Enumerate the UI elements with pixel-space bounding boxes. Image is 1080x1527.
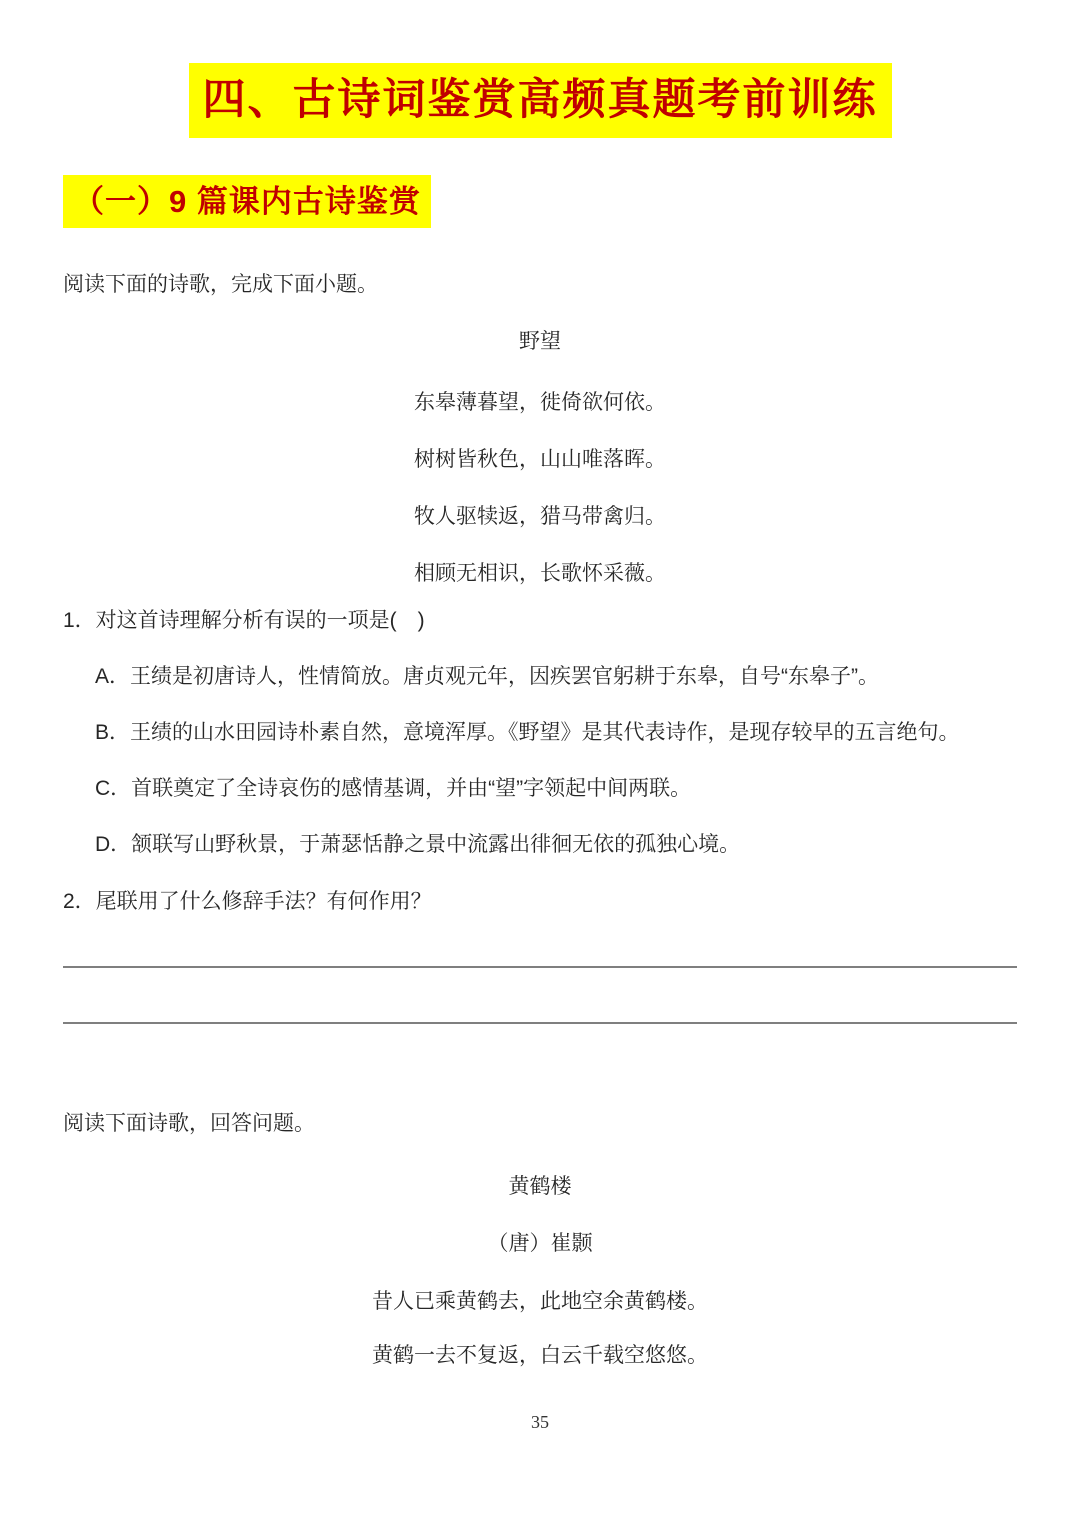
- title-banner-row: 四、古诗词鉴赏高频真题考前训练: [0, 0, 1080, 138]
- question-1: 1．对这首诗理解分析有误的一项是( ): [63, 607, 1017, 635]
- poem1-line: 树树皆秋色，山山唯落晖。: [63, 446, 1017, 474]
- page-content: （一）9 篇课内古诗鉴赏 阅读下面的诗歌，完成下面小题。 野望 东皋薄暮望，徙倚…: [0, 175, 1080, 1436]
- poem1-title: 野望: [63, 328, 1017, 356]
- chapter-title: 四、古诗词鉴赏高频真题考前训练: [189, 63, 892, 138]
- question-1-option-d: D．颔联写山野秋景，于萧瑟恬静之景中流露出徘徊无依的孤独心境。: [63, 831, 1017, 859]
- poem2-author: （唐）崔颢: [63, 1230, 1017, 1258]
- exercise2-instructions: 阅读下面诗歌，回答问题。: [63, 1110, 1017, 1138]
- question-1-option-c: C．首联奠定了全诗哀伤的感情基调，并由“望”字领起中间两联。: [63, 775, 1017, 803]
- page-number: 35: [63, 1408, 1017, 1436]
- poem2-line: 黄鹤一去不复返，白云千载空悠悠。: [63, 1342, 1017, 1370]
- poem2-line: 昔人已乘黄鹤去，此地空余黄鹤楼。: [63, 1288, 1017, 1316]
- answer-blank-line: [63, 1022, 1017, 1024]
- question-1-option-a: A．王绩是初唐诗人，性情简放。唐贞观元年，因疾罢官躬耕于东皋，自号“东皋子”。: [63, 663, 1017, 691]
- section-heading: （一）9 篇课内古诗鉴赏: [63, 175, 431, 228]
- answer-blank-line: [63, 966, 1017, 968]
- document-page: 四、古诗词鉴赏高频真题考前训练 （一）9 篇课内古诗鉴赏 阅读下面的诗歌，完成下…: [0, 0, 1080, 1527]
- poem1-line: 东皋薄暮望，徙倚欲何依。: [63, 389, 1017, 417]
- question-2: 2．尾联用了什么修辞手法？有何作用？: [63, 888, 1017, 916]
- section-heading-row: （一）9 篇课内古诗鉴赏: [63, 175, 1017, 228]
- exercise1-instructions: 阅读下面的诗歌，完成下面小题。: [63, 271, 1017, 299]
- poem2-title: 黄鹤楼: [63, 1173, 1017, 1201]
- question-1-option-b: B．王绩的山水田园诗朴素自然，意境浑厚。《野望》是其代表诗作，是现存较早的五言绝…: [63, 719, 1017, 747]
- poem1-line: 相顾无相识，长歌怀采薇。: [63, 560, 1017, 588]
- poem1-line: 牧人驱犊返，猎马带禽归。: [63, 503, 1017, 531]
